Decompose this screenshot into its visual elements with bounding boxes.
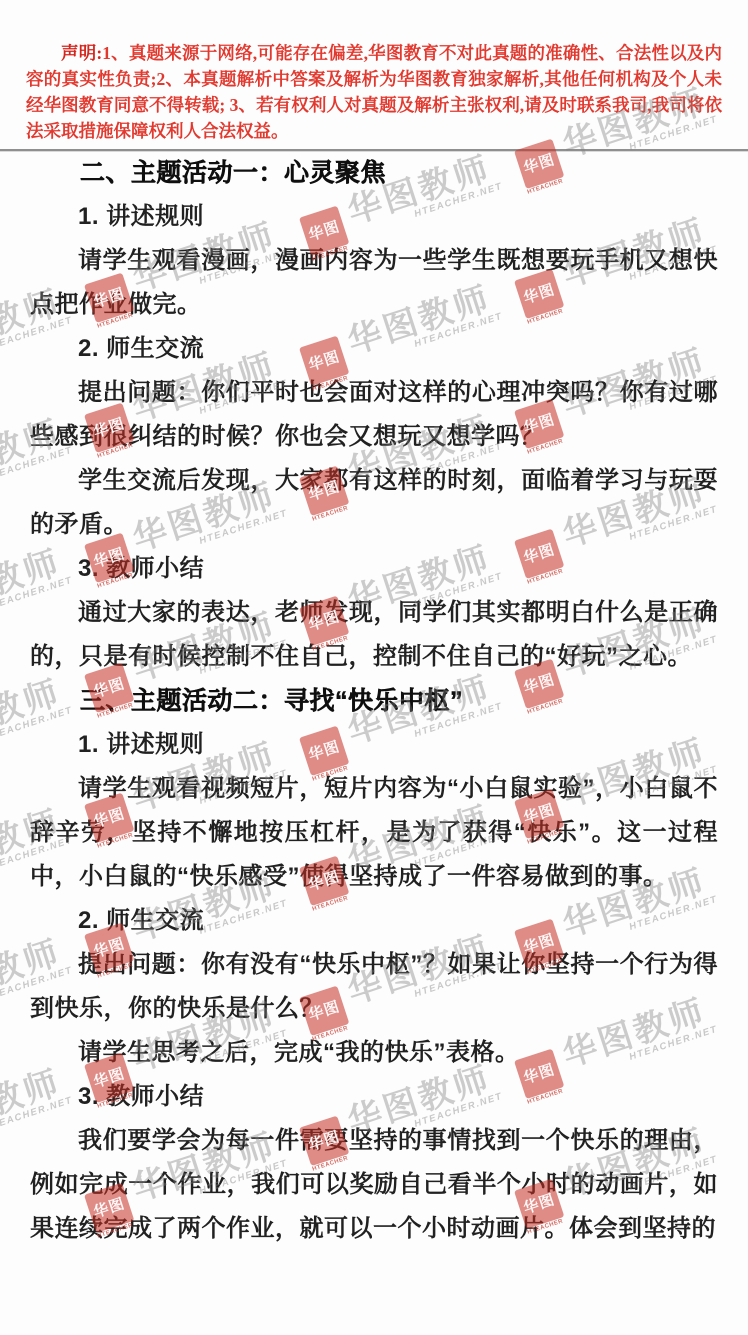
paragraph: 通过大家的表达，老师发现，同学们其实都明白什么是正确的，只是有时候控制不住自己，… [30,591,718,679]
paragraph: 请学生观看漫画，漫画内容为一些学生既想要玩手机又想快点把作业做完。 [30,239,718,327]
disclaimer-label: 声明: [61,43,102,63]
disclaimer-header: 声明:1、真题来源于网络,可能存在偏差,华图教育不对此真题的准确性、合法性以及内… [0,0,748,151]
document-page: 华图HTEACHER华图教师HTEACHER.NET华图HTEACHER华图教师… [0,0,748,1335]
paragraph: 提出问题：你有没有“快乐中枢”？如果让你坚持一个行为得到快乐，你的快乐是什么？ [30,943,718,1031]
section-heading: 三、主题活动二：寻找“快乐中枢” [30,679,718,723]
disclaimer-body: 1、真题来源于网络,可能存在偏差,华图教育不对此真题的准确性、合法性以及内容的真… [26,43,722,141]
paragraph: 提出问题：你们平时也会面对这样的心理冲突吗？你有过哪些感到很纠结的时候？你也会又… [30,371,718,459]
paragraph: 学生交流后发现，大家都有这样的时刻，面临着学习与玩耍的矛盾。 [30,459,718,547]
paragraph: 2. 师生交流 [30,327,718,371]
document-body: 二、主题活动一：心灵聚焦1. 讲述规则请学生观看漫画，漫画内容为一些学生既想要玩… [30,151,718,1251]
paragraph: 我们要学会为每一件需要坚持的事情找到一个快乐的理由，例如完成一个作业，我们可以奖… [30,1119,718,1251]
paragraph: 请学生观看视频短片，短片内容为“小白鼠实验”，小白鼠不辞辛劳，坚持不懈地按压杠杆… [30,767,718,899]
header-rule [0,149,748,151]
paragraph: 请学生思考之后，完成“我的快乐”表格。 [30,1031,718,1075]
paragraph: 3. 教师小结 [30,1075,718,1119]
paragraph: 1. 讲述规则 [30,723,718,767]
paragraph: 3. 教师小结 [30,547,718,591]
paragraph: 1. 讲述规则 [30,195,718,239]
paragraph: 2. 师生交流 [30,899,718,943]
section-heading: 二、主题活动一：心灵聚焦 [30,151,718,195]
disclaimer-text: 声明:1、真题来源于网络,可能存在偏差,华图教育不对此真题的准确性、合法性以及内… [26,40,722,144]
